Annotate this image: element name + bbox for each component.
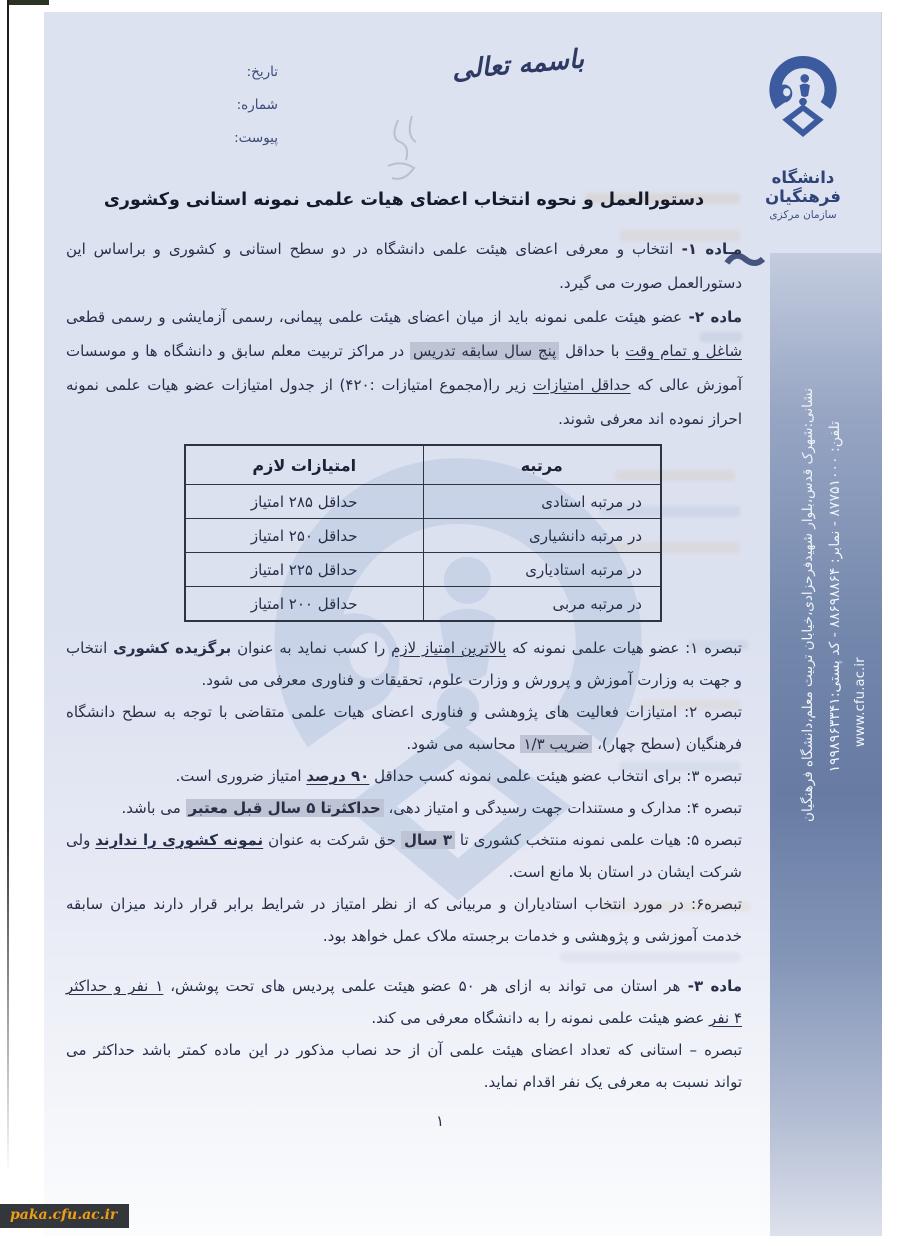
sidebar-address: نشانی:شهرک قدس،بلوار شهیدفرحزادی،خیابان … bbox=[797, 388, 819, 988]
tabsareh-5: تبصره ۵: هیات علمی نمونه منتخب کشوری تا … bbox=[66, 824, 742, 888]
table-cell: در مرتبه مربی bbox=[423, 587, 661, 622]
scan-edge-line bbox=[7, 0, 9, 1175]
logo-emblem-icon bbox=[757, 50, 849, 162]
score-table: مرتبه امتیازات لازم در مرتبه استادیحداقل… bbox=[184, 444, 662, 622]
document-body: مـاده ۱- انتخاب و معرفی اعضای هیئت علمی … bbox=[66, 232, 742, 1098]
text-line: تبصره۶: در مورد انتخاب استادیاران و مربی… bbox=[66, 888, 742, 920]
text-line: تبصره ۴: مدارک و مستندات جهت رسیدگی و ام… bbox=[66, 792, 742, 824]
header-fields: تاریخ: شماره: پیوست: bbox=[178, 60, 278, 159]
table-header-points: امتیازات لازم bbox=[185, 445, 423, 485]
tabsareh-4: تبصره ۴: مدارک و مستندات جهت رسیدگی و ام… bbox=[66, 792, 742, 824]
logo-university-name: دانشگاه فرهنگیان bbox=[744, 168, 862, 206]
pencil-scribble-artifact bbox=[368, 110, 438, 190]
tabsareh-6: تبصره۶: در مورد انتخاب استادیاران و مربی… bbox=[66, 888, 742, 952]
table-cell: در مرتبه استادیاری bbox=[423, 553, 661, 587]
table-cell: حداقل ۲۸۵ امتیاز bbox=[185, 485, 423, 519]
text-line: تبصره – استانی که تعداد اعضای هیئت علمی … bbox=[66, 1034, 742, 1066]
tabsareh-3: تبصره ۳: برای انتخاب عضو هیئت علمی نمونه… bbox=[66, 760, 742, 792]
date-label: تاریخ: bbox=[178, 60, 278, 93]
attachment-label: پیوست: bbox=[178, 126, 278, 159]
table-cell: حداقل ۲۲۵ امتیاز bbox=[185, 553, 423, 587]
text-line: احراز نموده اند معرفی شوند. bbox=[66, 402, 742, 436]
madeh-3: ماده ۳- هر استان می تواند به ازای هر ۵۰ … bbox=[66, 970, 742, 1034]
text-line: و جهت به وزارت آموزش و پرورش و وزارت علو… bbox=[66, 664, 742, 696]
scanned-letter-page: باسمه تعالی تاریخ: شماره: پیوست: دانشگاه… bbox=[0, 0, 900, 1236]
table-cell: در مرتبه استادی bbox=[423, 485, 661, 519]
number-label: شماره: bbox=[178, 93, 278, 126]
madeh-1: مـاده ۱- انتخاب و معرفی اعضای هیئت علمی … bbox=[66, 232, 742, 300]
document-title: دستورالعمل و نحوه انتخاب اعضای هیات علمی… bbox=[66, 190, 742, 210]
table-cell: در مرتبه دانشیاری bbox=[423, 519, 661, 553]
document-body-bottom: تبصره ۱: عضو هیات علمی نمونه که بالاترین… bbox=[66, 632, 742, 1098]
table-row: در مرتبه مربیحداقل ۲۰۰ امتیاز bbox=[185, 587, 661, 622]
university-logo: دانشگاه فرهنگیان سازمان مرکزی bbox=[744, 50, 862, 221]
paka-watermark: paka.cfu.ac.ir bbox=[0, 1204, 129, 1228]
text-line: فرهنگیان (سطح چهار)، ضریب ۱/۳ محاسبه می … bbox=[66, 728, 742, 760]
table-cell: حداقل ۲۰۰ امتیاز bbox=[185, 587, 423, 622]
table-row: در مرتبه استادیاریحداقل ۲۲۵ امتیاز bbox=[185, 553, 661, 587]
document-body-top: مـاده ۱- انتخاب و معرفی اعضای هیئت علمی … bbox=[66, 232, 742, 436]
scan-edge-corner bbox=[9, 0, 49, 5]
table-header-rank: مرتبه bbox=[423, 445, 661, 485]
sidebar-phone: تلفن: ۸۷۷۵۱۰۰۰ - نمابر: ۸۸۶۹۸۸۶۴ - کد پس… bbox=[824, 421, 846, 1031]
text-line: دستورالعمل صورت می گیرد. bbox=[66, 266, 742, 300]
text-line: ماده ۳- هر استان می تواند به ازای هر ۵۰ … bbox=[66, 970, 742, 1002]
sidebar-website: www.cfu.ac.ir bbox=[850, 645, 872, 747]
text-line: تبصره ۲: امتیازات فعالیت های پژوهشی و فن… bbox=[66, 696, 742, 728]
madeh-2: ماده ۲- عضو هیئت علمی نمونه باید از میان… bbox=[66, 300, 742, 436]
table-row: در مرتبه دانشیاریحداقل ۲۵۰ امتیاز bbox=[185, 519, 661, 553]
text-line: تبصره ۱: عضو هیات علمی نمونه که بالاترین… bbox=[66, 632, 742, 664]
table-row: در مرتبه استادیحداقل ۲۸۵ امتیاز bbox=[185, 485, 661, 519]
text-line: تواند نسبت به معرفی یک نفر اقدام نماید. bbox=[66, 1066, 742, 1098]
text-line: ماده ۲- عضو هیئت علمی نمونه باید از میان… bbox=[66, 300, 742, 334]
text-line: ۴ نفر عضو هیئت علمی نمونه را به دانشگاه … bbox=[66, 1002, 742, 1034]
page-number: ۱ bbox=[428, 1112, 452, 1130]
table-header-row: مرتبه امتیازات لازم bbox=[185, 445, 661, 485]
text-line: مـاده ۱- انتخاب و معرفی اعضای هیئت علمی … bbox=[66, 232, 742, 266]
tabsareh-2: تبصره ۲: امتیازات فعالیت های پژوهشی و فن… bbox=[66, 696, 742, 760]
text-line: آموزش عالی که حداقل امتیازات زیر را(مجمو… bbox=[66, 368, 742, 402]
text-line: خدمت آموزشی و پژوهشی و خدمات برجسته ملاک… bbox=[66, 920, 742, 952]
text-line: تبصره ۳: برای انتخاب عضو هیئت علمی نمونه… bbox=[66, 760, 742, 792]
tabsareh-madeh-3: تبصره – استانی که تعداد اعضای هیئت علمی … bbox=[66, 1034, 742, 1098]
text-line: شاغل و تمام وقت با حداقل پنج سال سابقه ت… bbox=[66, 334, 742, 368]
logo-organization-name: سازمان مرکزی bbox=[744, 209, 862, 221]
tabsareh-1: تبصره ۱: عضو هیات علمی نمونه که بالاترین… bbox=[66, 632, 742, 696]
text-line: شرکت ایشان در استان بلا مانع است. bbox=[66, 856, 742, 888]
text-line: تبصره ۵: هیات علمی نمونه منتخب کشوری تا … bbox=[66, 824, 742, 856]
table-cell: حداقل ۲۵۰ امتیاز bbox=[185, 519, 423, 553]
